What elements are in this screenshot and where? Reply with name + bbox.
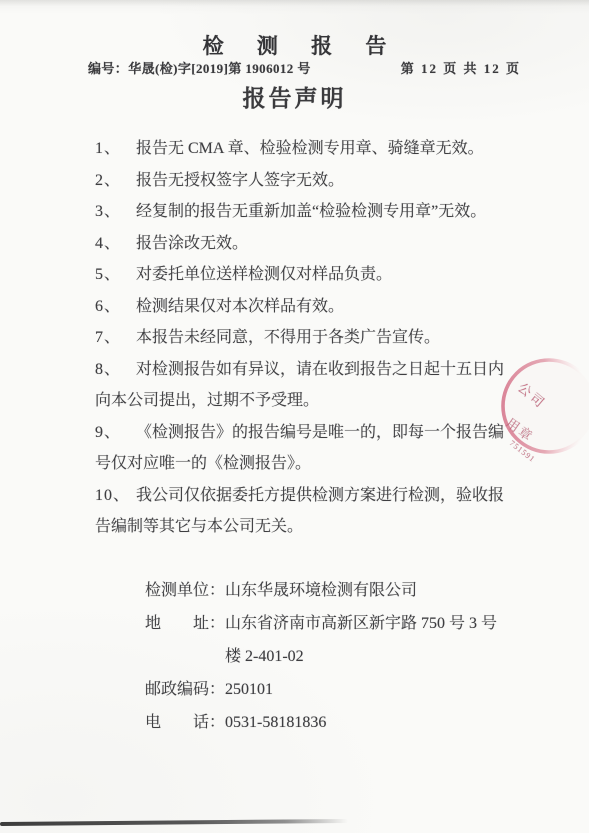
contact-row: 邮政编码：250101 [145,673,575,706]
contact-label: 电 话： [145,706,225,739]
contact-row: 检测单位：山东华晟环境检测有限公司 [145,574,575,607]
section-title: 报告声明 [0,80,589,113]
declaration-text: 本报告未经同意，不得用于各类广告宣传。 [136,329,440,346]
seal-ring-text: 公司 [515,380,549,412]
contact-row: 电 话：0531-58181836 [145,706,575,739]
contact-row: 地 址：山东省济南市高新区新宇路 750 号 3 号楼 2-401-02 [145,607,575,673]
declaration-number: 4、 [95,228,136,260]
contact-value: 250101 [225,673,509,706]
declaration-number: 10、 [95,480,136,512]
contact-label: 邮政编码： [145,673,225,706]
scan-top-shadow [0,0,589,6]
declaration-text: 报告无 CMA 章、检验检测专用章、骑缝章无效。 [136,140,484,157]
declaration-number: 7、 [95,322,136,354]
declaration-text: 对委托单位送样检测仅对样品负责。 [136,266,392,283]
declaration-list: 1、报告无 CMA 章、检验检测专用章、骑缝章无效。 2、报告无授权签字人签字无… [95,133,515,543]
declaration-number: 9、 [95,417,136,449]
contact-label: 检测单位： [145,574,225,607]
declaration-item: 8、对检测报告如有异议，请在收到报告之日起十五日内向本公司提出，过期不予受理。 [95,354,515,417]
declaration-number: 3、 [95,196,136,228]
declaration-item: 4、报告涂改无效。 [95,228,515,260]
scanned-report-page: 检 测 报 告 编号：华晟(检)字[2019]第 1906012 号 第 12 … [0,0,589,833]
declaration-item: 5、对委托单位送样检测仅对样品负责。 [95,259,515,291]
page-indicator: 第 12 页 共 12 页 [401,58,521,77]
declaration-text: 检测结果仅对本次样品有效。 [136,298,344,315]
seal-ring-circle [503,360,589,452]
header-meta-row: 编号：华晟(检)字[2019]第 1906012 号 第 12 页 共 12 页 [88,58,521,77]
declaration-text: 我公司仅依据委托方提供检测方案进行检测，验收报告编制等其它与本公司无关。 [95,487,504,536]
report-number: 编号：华晟(检)字[2019]第 1906012 号 [88,58,311,77]
declaration-item: 6、检测结果仅对本次样品有效。 [95,291,515,323]
contact-value: 山东省济南市高新区新宇路 750 号 3 号楼 2-401-02 [225,607,509,673]
declaration-item: 2、报告无授权签字人签字无效。 [95,165,515,197]
declaration-text: 经复制的报告无重新加盖“检验检测专用章”无效。 [136,203,486,220]
declaration-item: 9、《检测报告》的报告编号是唯一的，即每一个报告编号仅对应唯一的《检测报告》。 [95,417,515,480]
declaration-item: 10、我公司仅依据委托方提供检测方案进行检测，验收报告编制等其它与本公司无关。 [95,480,515,543]
declaration-item: 7、本报告未经同意，不得用于各类广告宣传。 [95,322,515,354]
declaration-item: 1、报告无 CMA 章、检验检测专用章、骑缝章无效。 [95,133,515,165]
document-title: 检 测 报 告 [0,30,589,60]
declaration-text: 报告涂改无效。 [136,235,248,252]
contact-value: 0531-58181836 [225,706,509,739]
contact-value: 山东华晟环境检测有限公司 [225,574,509,607]
declaration-number: 5、 [95,259,136,291]
declaration-number: 6、 [95,291,136,323]
contact-label: 地 址： [145,607,225,640]
declaration-text: 报告无授权签字人签字无效。 [136,172,344,189]
scan-edge-artifact [0,819,348,826]
declaration-text: 对检测报告如有异议，请在收到报告之日起十五日内向本公司提出，过期不予受理。 [95,361,504,410]
contact-block: 检测单位：山东华晟环境检测有限公司 地 址：山东省济南市高新区新宇路 750 号… [145,574,575,739]
declaration-text: 《检测报告》的报告编号是唯一的，即每一个报告编号仅对应唯一的《检测报告》。 [95,424,504,473]
declaration-number: 2、 [95,165,136,197]
declaration-number: 8、 [95,354,136,386]
declaration-item: 3、经复制的报告无重新加盖“检验检测专用章”无效。 [95,196,515,228]
declaration-number: 1、 [95,133,136,165]
